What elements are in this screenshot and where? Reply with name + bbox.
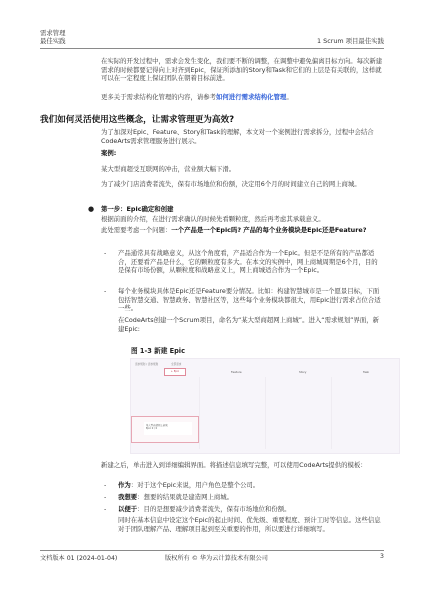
screenshot-breadcrumb: 需求规划 / 需求规划 <box>135 362 158 366</box>
step1-question: 此处需要考虑一个问题：一个产品是一个Epic吗? 产品的每个业务模块是Epic还… <box>101 226 383 235</box>
create-epic-text: 在CodeArts创建一个Scrum项目，命名为“某大型商超网上商城”。进入“需… <box>118 316 383 333</box>
doc-version: 文档版本 01 (2024-01-04) <box>40 553 117 562</box>
structured-management-link[interactable]: 如何进行需求结构化管理 <box>216 93 286 101</box>
column-divider <box>265 377 266 449</box>
reference-suffix: 。 <box>286 93 292 101</box>
screenshot-tab: 全部需求 <box>171 362 181 366</box>
doc-title-line1: 需求管理 <box>40 29 384 37</box>
template-text: ：对于这个Epic来说，用户角色是整个公司。 <box>131 481 259 489</box>
template-text: ：目的是想要减少消费者流失，保有市场地位和份额。 <box>137 505 290 513</box>
dash-icon: - <box>104 505 106 513</box>
reference-prefix: 更多关于需求结构化管理的内容，请参考 <box>101 93 216 101</box>
figure-caption: 图 1-3 新建 Epic <box>131 345 185 355</box>
case-text-1: 某大型商超受互联网的冲击，营业额大幅下滑。 <box>101 165 383 174</box>
after-create-text: 新建之后，单击进入到详细编辑界面。将描述信息填写完整，可以使用CodeArts提… <box>101 461 383 470</box>
question-prefix: 此处需要考虑一个问题： <box>101 226 171 234</box>
closing-text: 同时在基本信息中设定这个Epic的起止时间、优先级、重要程度、预计工时等信息。这… <box>118 516 383 533</box>
template-item-so-that: 以便于：目的是想要减少消费者流失，保有市场地位和份额。 <box>118 505 383 514</box>
section-heading: 我们如何灵活使用这些概念，让需求管理更为高效? <box>40 113 234 125</box>
template-text: ：想要的结果就是建造网上商城。 <box>137 493 233 501</box>
step1-title: 第一步：Epic确定和创建 <box>101 205 383 214</box>
case-text-2: 为了减少门店消费者流失，保有市场地位和份额，决定用6个月的时间建立自己的网上商城… <box>101 180 383 189</box>
template-item-as: 作为：对于这个Epic来说，用户角色是整个公司。 <box>118 481 383 490</box>
template-label: 我想要 <box>118 493 137 501</box>
dash-icon: - <box>104 287 106 295</box>
dash-icon: - <box>104 481 106 489</box>
template-label: 以便于 <box>118 505 137 513</box>
section-intro: 为了加深对Epic、Feature、Story和Task的理解，本文对一个案例进… <box>101 128 383 145</box>
column-divider <box>331 377 332 449</box>
chapter-title: 1 Scrum 项目最佳实践 <box>317 37 384 45</box>
header-divider <box>40 48 384 49</box>
epic-card-meta: Epic 0 / 0 <box>146 427 190 430</box>
template-item-want: 我想要：想要的结果就是建造网上商城。 <box>118 493 383 502</box>
case-label: 案例: <box>101 149 383 158</box>
step1-text: 根据前面的介绍，在进行需求确认的时候先看颗粒度，然后再考虑其承载意义。 <box>101 215 383 224</box>
epic-card-content: 某大型商超网上商城 Epic 0 / 0 <box>144 422 192 435</box>
column-feature: Feature <box>231 370 242 374</box>
reference-paragraph: 更多关于需求结构化管理的内容，请参考如何进行需求结构化管理。 <box>101 93 383 102</box>
epic-screenshot: 需求规划 / 需求规划 全部需求 + Epic Feature Story Ta… <box>130 358 400 454</box>
question-text: 一个产品是一个Epic吗? 产品的每个业务模块是Epic还是Feature? <box>171 226 366 234</box>
column-story: Story <box>299 370 306 374</box>
dash-icon: - <box>104 249 106 257</box>
step1-point-1: 产品通常具有战略意义，从这个角度看，产品适合作为一个Epic。但是不是所有的产品… <box>118 249 383 275</box>
column-task: Task <box>363 370 369 374</box>
dash-icon: - <box>104 493 106 501</box>
template-label: 作为 <box>118 481 131 489</box>
epic-card: 某大型商超网上商城 Epic 0 / 0 <box>131 416 199 443</box>
intro-paragraph: 在实际的开发过程中，需求会发生变化，我们要不断的调整，在调整中避免偏离目标方向。… <box>101 57 383 83</box>
step1-point-2: 每个业务模块具体是Epic还是Feature要分情况。比如：构建智慧城市是一个愿… <box>118 287 383 313</box>
footer-divider <box>40 550 384 551</box>
new-epic-button: + Epic <box>164 368 186 376</box>
bullet-icon: ● <box>88 205 94 213</box>
copyright: 版权所有 © 华为云计算技术有限公司 <box>165 553 268 562</box>
column-divider <box>199 377 200 449</box>
page-header: 需求管理 最佳实践 1 Scrum 项目最佳实践 <box>40 29 384 45</box>
page-number: 3 <box>380 553 384 560</box>
